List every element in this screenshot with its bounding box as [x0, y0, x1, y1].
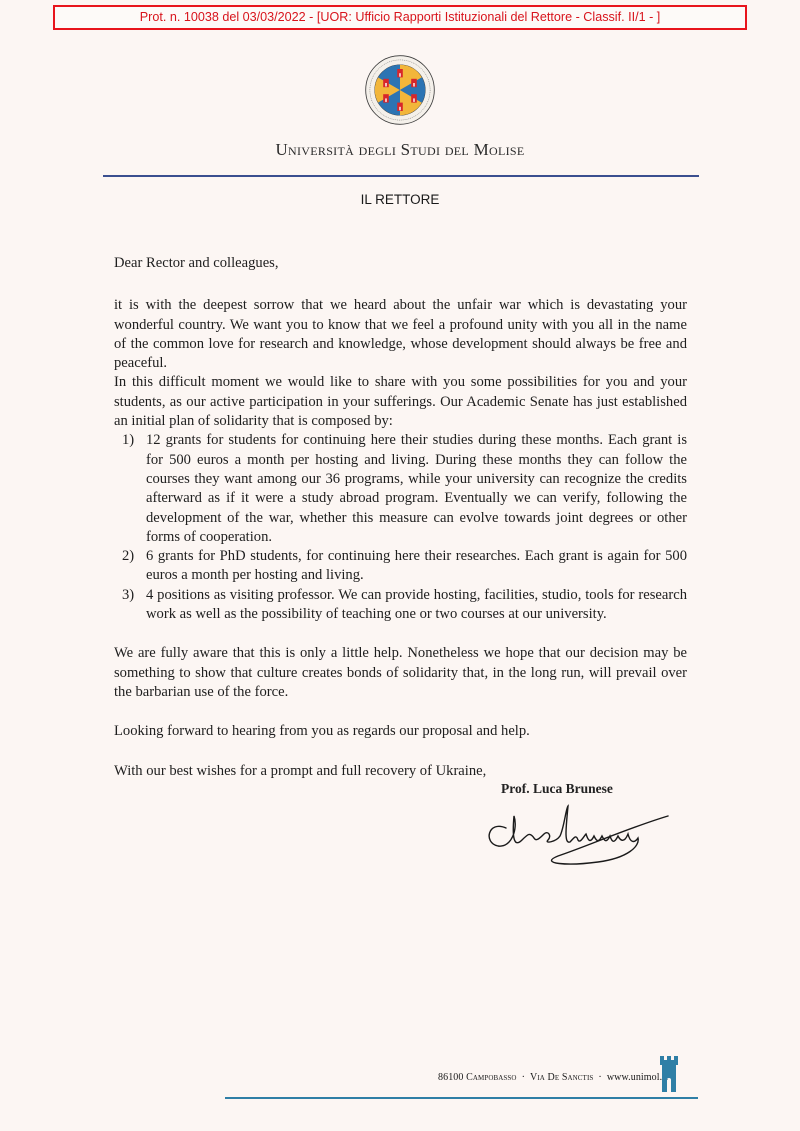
list-number: 3): [122, 586, 134, 605]
protocol-stamp: Prot. n. 10038 del 03/03/2022 - [UOR: Uf…: [53, 5, 747, 30]
list-text: 6 grants for PhD students, for continuin…: [146, 548, 687, 583]
paragraph-1: it is with the deepest sorrow that we he…: [114, 296, 687, 373]
university-seal-icon: [365, 55, 435, 125]
footer-postal: 86100 Campobasso: [438, 1072, 517, 1083]
paragraph-2: In this difficult moment we would like t…: [114, 373, 687, 431]
list-item: 1) 12 grants for students for continuing…: [122, 431, 687, 547]
list-text: 4 positions as visiting professor. We ca…: [146, 587, 687, 622]
solidarity-plan-list: 1) 12 grants for students for continuing…: [114, 431, 687, 624]
paragraph-5: With our best wishes for a prompt and fu…: [114, 762, 687, 781]
handwritten-signature-icon: [478, 798, 678, 868]
list-number: 2): [122, 547, 134, 566]
office-title: IL RETTORE: [0, 192, 800, 207]
university-name: Università degli Studi del Molise: [0, 140, 800, 160]
salutation: Dear Rector and colleagues,: [114, 254, 687, 273]
paragraph-4: Looking forward to hearing from you as r…: [114, 722, 687, 741]
signatory-name: Prof. Luca Brunese: [501, 781, 613, 797]
paragraph-3: We are fully aware that this is only a l…: [114, 644, 687, 702]
list-text: 12 grants for students for continuing he…: [146, 432, 687, 544]
list-item: 3) 4 positions as visiting professor. We…: [122, 586, 687, 625]
letter-body: Dear Rector and colleagues, it is with t…: [114, 254, 687, 781]
list-number: 1): [122, 431, 134, 450]
footer-street: Via De Sanctis: [530, 1072, 593, 1083]
header-divider: [103, 175, 699, 177]
list-item: 2) 6 grants for PhD students, for contin…: [122, 547, 687, 586]
footer-divider: [225, 1097, 698, 1099]
tower-icon: [658, 1056, 680, 1092]
footer-address: 86100 Campobasso·Via De Sanctis·www.unim…: [438, 1072, 668, 1083]
